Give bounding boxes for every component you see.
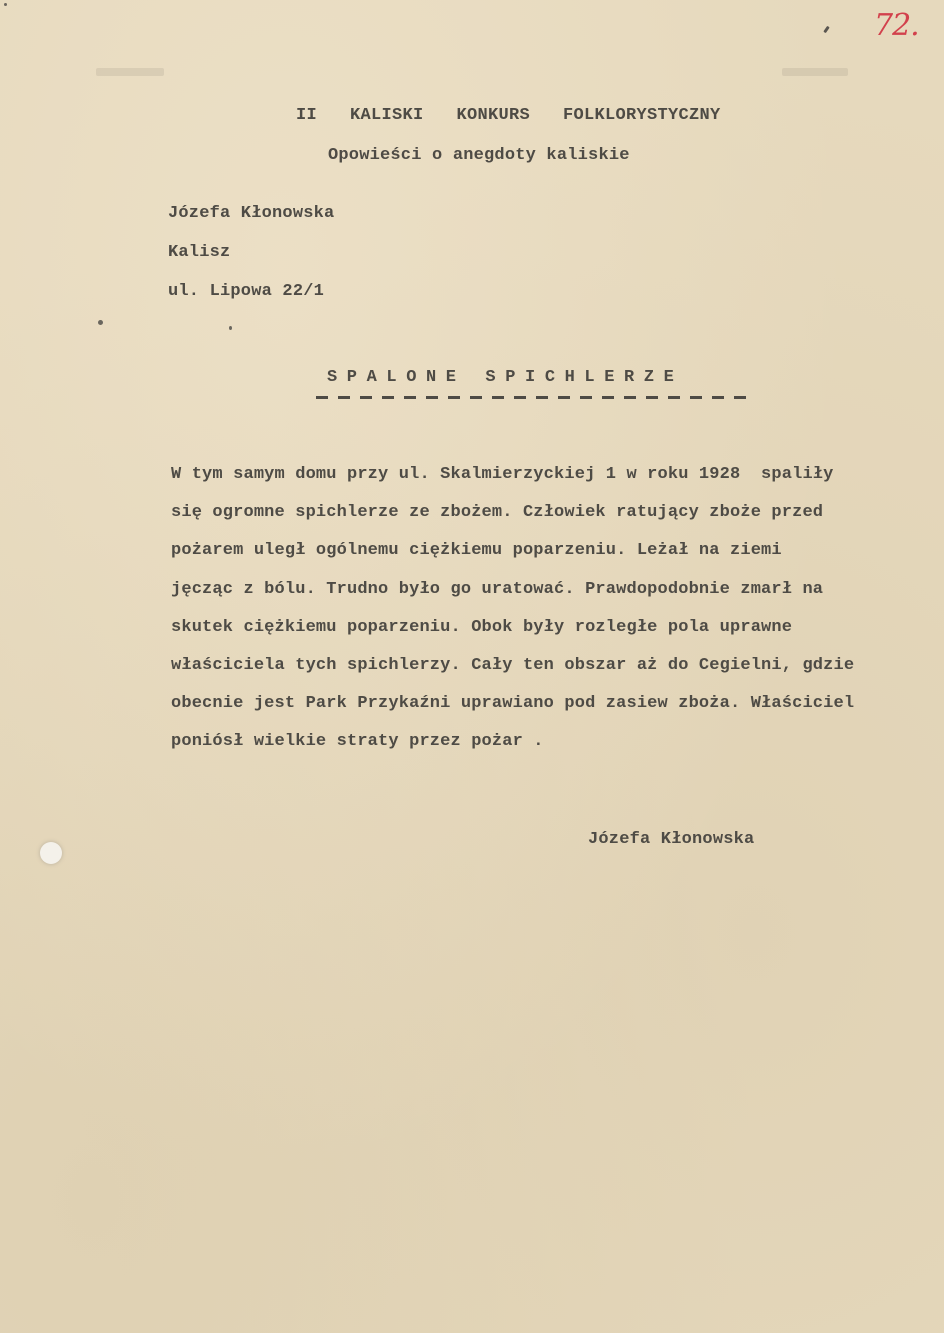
body-line: poniósł wielkie straty przez pożar . bbox=[171, 732, 544, 751]
document-page: 72. II KALISKI KONKURS FOLKLORYSTYCZNY O… bbox=[0, 0, 944, 1333]
bleed-through-mark-right bbox=[782, 68, 848, 76]
body-line: jęcząc z bólu. Trudno było go uratować. … bbox=[171, 580, 823, 599]
speck bbox=[4, 3, 7, 6]
body-line: obecnie jest Park Przykaźni uprawiano po… bbox=[171, 694, 854, 713]
contest-title: II KALISKI KONKURS FOLKLORYSTYCZNY bbox=[296, 106, 721, 125]
author-name: Józefa Kłonowska bbox=[168, 204, 334, 223]
author-address: ul. Lipowa 22/1 bbox=[168, 282, 324, 301]
page-number: 72. bbox=[874, 8, 919, 43]
body-line: W tym samym domu przy ul. Skalmierzyckie… bbox=[171, 465, 834, 484]
story-title: SPALONE SPICHLERZE bbox=[327, 368, 683, 387]
author-city: Kalisz bbox=[168, 243, 230, 262]
body-line: się ogromne spichlerze ze zbożem. Człowi… bbox=[171, 503, 823, 522]
speck bbox=[229, 326, 232, 330]
body-line: pożarem uległ ogólnemu ciężkiemu poparze… bbox=[171, 541, 782, 560]
bleed-through-mark-left bbox=[96, 68, 164, 76]
speck bbox=[98, 320, 103, 325]
title-underline bbox=[316, 396, 748, 399]
contest-subtitle: Opowieści o anegdoty kaliskie bbox=[328, 146, 630, 165]
stray-pen-mark bbox=[823, 26, 829, 33]
signature: Józefa Kłonowska bbox=[588, 830, 754, 849]
punch-hole bbox=[40, 842, 62, 864]
body-line: skutek ciężkiemu poparzeniu. Obok były r… bbox=[171, 618, 792, 637]
body-line: właściciela tych spichlerzy. Cały ten ob… bbox=[171, 656, 854, 675]
